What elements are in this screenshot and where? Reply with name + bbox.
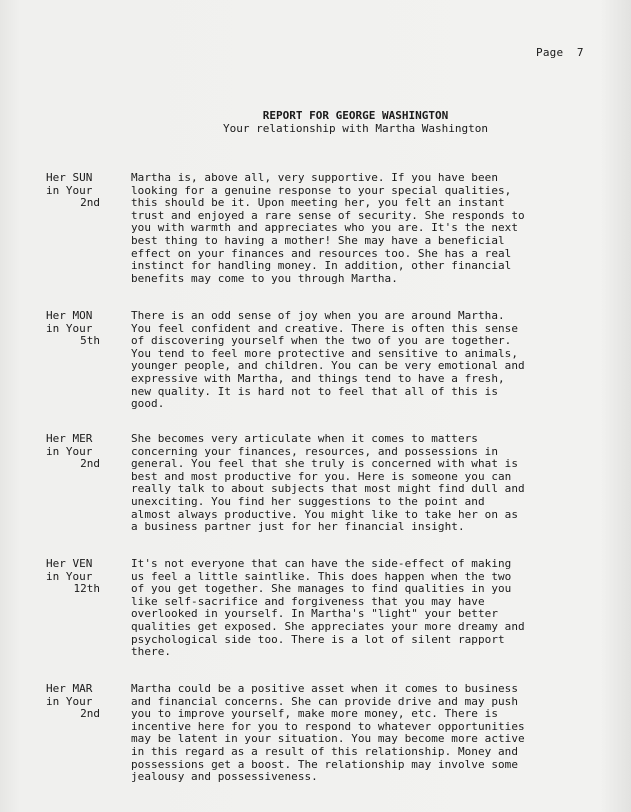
page-number: Page 7 bbox=[536, 46, 584, 59]
section-text: It's not everyone that can have the side… bbox=[131, 558, 581, 659]
section-text: There is an odd sense of joy when you ar… bbox=[131, 310, 581, 411]
planet-label: Her MAR bbox=[46, 683, 100, 696]
report-subtitle: Your relationship with Martha Washington bbox=[0, 122, 631, 135]
section-text: She becomes very articulate when it come… bbox=[131, 433, 581, 534]
document-page: Page 7 REPORT FOR GEORGE WASHINGTON Your… bbox=[0, 0, 631, 812]
house-label: 2nd bbox=[46, 197, 100, 210]
planet-label: Her VEN bbox=[46, 558, 100, 571]
house-label: 2nd bbox=[46, 458, 100, 471]
placement-label: Her MER in Your 2nd bbox=[46, 433, 100, 471]
report-title: REPORT FOR GEORGE WASHINGTON bbox=[0, 109, 631, 122]
placement-label: Her MON in Your 5th bbox=[46, 310, 100, 348]
planet-label: Her MER bbox=[46, 433, 100, 446]
placement-label: Her SUN in Your 2nd bbox=[46, 172, 100, 210]
placement-label: Her MAR in Your 2nd bbox=[46, 683, 100, 721]
section-text: Martha is, above all, very supportive. I… bbox=[131, 172, 581, 285]
placement-label: Her VEN in Your 12th bbox=[46, 558, 100, 596]
house-label: 5th bbox=[46, 335, 100, 348]
planet-label: Her MON bbox=[46, 310, 100, 323]
house-label: 2nd bbox=[46, 708, 100, 721]
planet-label: Her SUN bbox=[46, 172, 100, 185]
section-text: Martha could be a positive asset when it… bbox=[131, 683, 581, 784]
house-label: 12th bbox=[46, 583, 100, 596]
